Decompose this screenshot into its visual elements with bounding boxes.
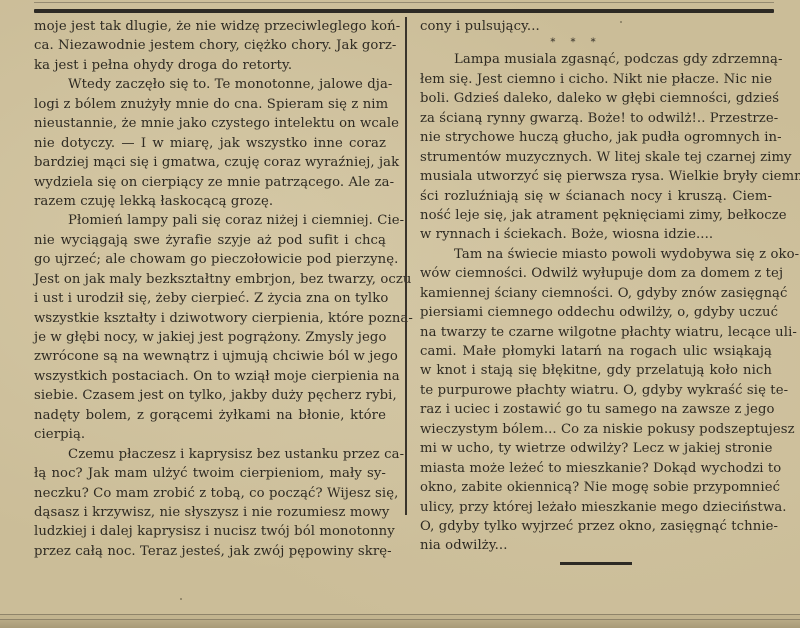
text-line: ulicy, przy której leżało mieszkanie meg… (420, 498, 772, 517)
text-line: nia odwilży... (420, 536, 772, 555)
text-line: dąsasz i krzywisz, nie słyszysz i nie ro… (34, 503, 386, 522)
text-line: nieustannie, że mnie jako czystego intel… (34, 114, 386, 133)
text-line: wszystkich postaciach. On to wziął moje … (34, 367, 386, 386)
text-line: wieczystym bólem... Co za niskie pokusy … (420, 420, 772, 439)
top-rule-thin (34, 2, 774, 3)
text-line: zwrócone są na wewnątrz i ujmują chciwie… (34, 347, 386, 366)
text-line: za ścianą rynny gwarzą. Boże! to odwilż!… (420, 109, 772, 128)
paper-speck (180, 598, 182, 600)
text-line: nadęty bolem, z gorącemi żyłkami na błon… (34, 406, 386, 425)
text-line: wydziela się on cierpiący ze mnie patrzą… (34, 173, 386, 192)
text-line: Jest on jak maly bezkształtny embrjon, b… (34, 270, 386, 289)
text-line: nie strychowe huczą głucho, jak pudła og… (420, 128, 772, 147)
right-column-opening: cony i pulsujący... (420, 17, 772, 36)
text-line: miasta może leżeć to mieszkanie? Dokąd w… (420, 459, 772, 478)
text-line: łą noc? Jak mam ulżyć twoim cierpieniom,… (34, 464, 386, 483)
left-column: moje jest tak dlugie, że nie widzę przec… (34, 17, 386, 561)
text-line: neczku? Co mam zrobić z tobą, co począć?… (34, 484, 386, 503)
text-line: Tam na świecie miasto powoli wydobywa si… (420, 245, 772, 264)
text-line: mi w ucho, ty wietrze odwilży? Lecz w ja… (420, 439, 772, 458)
text-line: O, gdyby tylko wyjrzeć przez okno, zasię… (420, 517, 772, 536)
text-line: ca. Niezawodnie jestem chory, ciężko cho… (34, 36, 386, 55)
text-line: Lampa musiala zgasnąć, podczas gdy zdrze… (420, 50, 772, 69)
text-line: raz i uciec i zostawić go tu samego na z… (420, 400, 772, 419)
text-line: siebie. Czasem jest on tylko, jakby duży… (34, 386, 386, 405)
text-line: nie dotyczy. — I w miarę, jak wszystko i… (34, 134, 386, 153)
newspaper-page: moje jest tak dlugie, że nie widzę przec… (0, 0, 800, 628)
column-divider (405, 17, 407, 515)
text-line: strumentów muzycznych. W litej skale tej… (420, 148, 772, 167)
text-line: Czemu płaczesz i kaprysisz bez ustanku p… (34, 445, 386, 464)
text-line: ność leje się, jak atrament pęknięciami … (420, 206, 772, 225)
text-line: go ujrzeć; ale chowam go pieczołowicie p… (34, 250, 386, 269)
text-line: ka jest i pełna ohydy droga do retorty. (34, 56, 386, 75)
text-line: i ust i urodził się, żeby cierpieć. Z ży… (34, 289, 386, 308)
text-line: wów ciemności. Odwilż wyłupuje dom za do… (420, 264, 772, 283)
text-line: kamiennej ściany ciemności. O, gdyby znó… (420, 284, 772, 303)
text-line: je w głębi nocy, w jakiej jest pogrążony… (34, 328, 386, 347)
text-line: musiala utworzyć się pierwsza rysa. Wiel… (420, 167, 772, 186)
text-line: w knot i stają się błękitne, gdy przelat… (420, 361, 772, 380)
text-line: wszystkie kształty i dziwotwory cierpien… (34, 309, 386, 328)
text-line: te purpurowe płachty wiatru. O, gdyby wy… (420, 381, 772, 400)
text-line: piersiami ciemnego oddechu odwilży, o, g… (420, 303, 772, 322)
text-line: ści rozluźniają się w ścianach nocy i kr… (420, 187, 772, 206)
section-break-asterisks: * * * (420, 36, 772, 50)
text-line: bardziej mąci się i gmatwa, czuję coraz … (34, 153, 386, 172)
paper-speck (46, 314, 48, 316)
text-line: Płomień lampy pali się coraz niżej i cie… (34, 211, 386, 230)
paper-speck (620, 21, 622, 23)
text-line: cami. Małe płomyki latarń na rogach ulic… (420, 342, 772, 361)
text-line: cierpią. (34, 425, 386, 444)
text-line: nie wyciągają swe żyrafie szyje aż pod s… (34, 231, 386, 250)
text-line: przez całą noc. Teraz jesteś, jak zwój p… (34, 542, 386, 561)
text-line: ludzkiej i dalej kaprysisz i nucisz twój… (34, 522, 386, 541)
top-column-rule (34, 9, 774, 13)
text-line: na twarzy te czarne wilgotne płachty wia… (420, 323, 772, 342)
text-line: łem się. Jest ciemno i cicho. Nikt nie p… (420, 70, 772, 89)
text-line: Wtedy zaczęło się to. Te monotonne, jalo… (34, 75, 386, 94)
text-line: cony i pulsujący... (420, 17, 772, 36)
text-line: w rynnach i ściekach. Boże, wiosna idzie… (420, 225, 772, 244)
text-line: razem czuję lekką łaskocącą grozę. (34, 192, 386, 211)
right-column-body: Lampa musiala zgasnąć, podczas gdy zdrze… (420, 50, 772, 555)
text-line: okno, zabite okiennicą? Nie mogę sobie p… (420, 478, 772, 497)
end-of-article-rule (560, 562, 632, 565)
text-line: logi z bólem znużyły mnie do cna. Spiera… (34, 95, 386, 114)
page-bottom-edge (0, 614, 800, 628)
text-line: moje jest tak dlugie, że nie widzę przec… (34, 17, 386, 36)
text-line: boli. Gdzieś daleko, daleko w głębi ciem… (420, 89, 772, 108)
right-column: cony i pulsujący... * * * Lampa musiala … (420, 17, 772, 565)
